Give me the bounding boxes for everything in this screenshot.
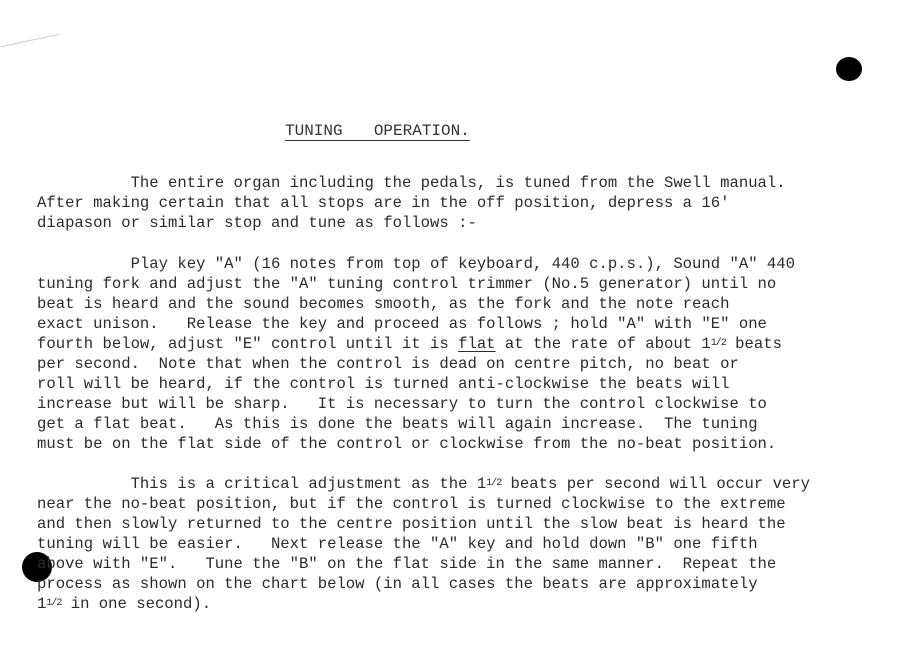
paragraph-1-line-3: diapason or similar stop and tune as fol… — [37, 213, 477, 233]
paragraph-1-line-1: The entire organ including the pedals, i… — [37, 173, 786, 193]
document-title: TUNING OPERATION. — [285, 122, 615, 140]
line-text-end: beats — [726, 335, 782, 353]
scan-mark — [1, 34, 60, 47]
paragraph-2-line-1: Play key "A" (16 notes from top of keybo… — [37, 254, 795, 274]
underlined-word: flat — [458, 335, 495, 353]
paragraph-3-line-6: process as shown on the chart below (in … — [37, 574, 758, 594]
paragraph-3-line-2: near the no-beat position, but if the co… — [37, 494, 786, 514]
paragraph-2-line-10: must be on the flat side of the control … — [37, 434, 776, 454]
line-text-tail: at the rate of about 1 — [496, 335, 711, 353]
line-text: 1 — [37, 595, 46, 613]
paragraph-2-line-9: get a flat beat. As this is done the bea… — [37, 414, 758, 434]
line-text-tail: beats per second will occur very — [501, 475, 810, 493]
fraction: 1/2 — [486, 474, 501, 494]
line-text-tail: in one second). — [61, 595, 211, 613]
paragraph-3-line-7: 11/2 in one second). — [37, 594, 211, 614]
fraction: 1/2 — [46, 594, 61, 614]
paragraph-1-line-2: After making certain that all stops are … — [37, 193, 729, 213]
paragraph-2-line-5: fourth below, adjust "E" control until i… — [37, 334, 782, 354]
line-text: fourth below, adjust "E" control until i… — [37, 335, 458, 353]
document-page: TUNING OPERATION. The entire organ inclu… — [0, 0, 900, 670]
paragraph-2-line-4: exact unison. Release the key and procee… — [37, 314, 767, 334]
paragraph-2-line-7: roll will be heard, if the control is tu… — [37, 374, 729, 394]
line-text: This is a critical adjustment as the 1 — [37, 475, 486, 493]
paragraph-3-line-3: and then slowly returned to the centre p… — [37, 514, 786, 534]
paragraph-3-line-4: tuning will be easier. Next release the … — [37, 534, 758, 554]
paragraph-3-line-5: above with "E". Tune the "B" on the flat… — [37, 554, 776, 574]
fraction: 1/2 — [711, 334, 726, 354]
paragraph-2-line-8: increase but will be sharp. It is necess… — [37, 394, 767, 414]
paragraph-2-line-2: tuning fork and adjust the "A" tuning co… — [37, 274, 776, 294]
punch-hole-top-right — [836, 57, 862, 81]
paragraph-2-line-6: per second. Note that when the control i… — [37, 354, 739, 374]
paragraph-2-line-3: beat is heard and the sound becomes smoo… — [37, 294, 729, 314]
paragraph-3-line-1: This is a critical adjustment as the 11/… — [37, 474, 810, 494]
